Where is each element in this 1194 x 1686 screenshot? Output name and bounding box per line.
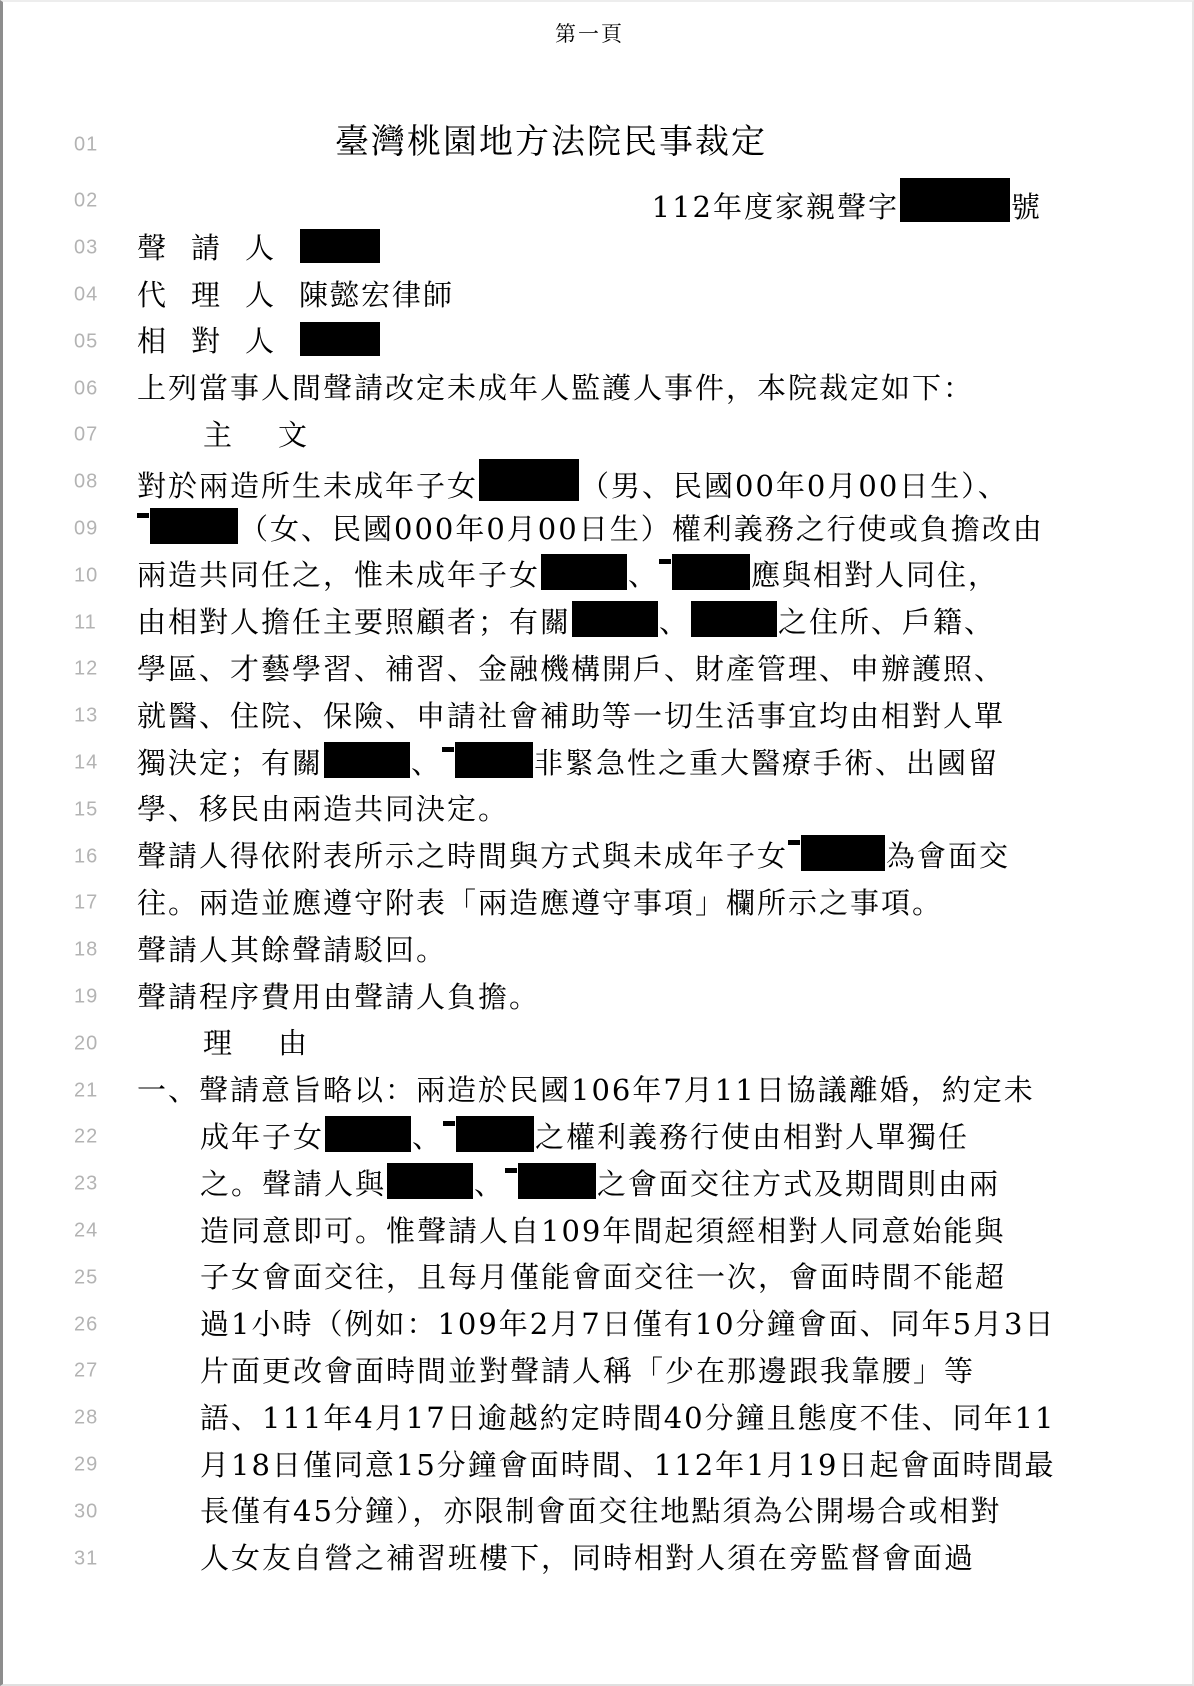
line-number: 11 [74,611,97,634]
line-text: 獨決定；有關 [137,746,323,780]
line-number: 04 [74,283,98,306]
redaction-box [518,1163,596,1199]
line-content: 聲請人 [137,225,1042,272]
line-text: 應與相對人同住， [751,558,999,592]
line-content: 語、111年4月17日逾越約定時間40分鐘且態度不佳、同年11 [137,1395,1042,1442]
redacted-char-fragment [443,1120,455,1150]
document-line: 07主文 [3,412,1192,459]
document-line: 25子女會面交往，且每月僅能會面交往一次，會面時間不能超 [3,1254,1192,1301]
document-line: 05相對人 [3,318,1192,365]
line-text: 之權利義務行使由相對人單獨任 [535,1120,969,1154]
document-line: 10兩造共同任之，惟未成年子女、應與相對人同住， [3,552,1192,599]
line-number: 20 [74,1032,98,1055]
line-content: 就醫、住院、保險、申請社會補助等一切生活事宜均由相對人單 [137,693,1042,740]
line-text: 、 [474,1167,505,1201]
document-line: 09（女、民國000年0月00日生）權利義務之行使或負擔改由 [3,506,1192,553]
redaction-box [150,508,238,544]
document-line: 14獨決定；有關、非緊急性之重大醫療手術、出國留 [3,740,1192,787]
redaction-box [387,1163,473,1199]
document-line: 04代理人陳懿宏律師 [3,272,1192,319]
line-text: 學、移民由兩造共同決定。 [137,792,509,826]
document-line: 11由相對人擔任主要照顧者；有關、之住所、戶籍、 [3,599,1192,646]
redaction-box [572,601,658,637]
line-content: 代理人陳懿宏律師 [137,272,1042,319]
line-content: 臺灣桃園地方法院民事裁定 [137,112,1042,172]
line-text: 過1小時（例如：109年2月7日僅有10分鐘會面、同年5月3日 [200,1307,1056,1341]
line-content: （女、民國000年0月00日生）權利義務之行使或負擔改由 [137,506,1042,553]
document-line: 29月18日僅同意15分鐘會面時間、112年1月19日起會面時間最 [3,1442,1192,1489]
document-body: 01臺灣桃園地方法院民事裁定02112年度家親聲字號03聲請人04代理人陳懿宏律… [3,112,1192,1582]
line-text: 由相對人擔任主要照顧者；有關 [137,605,571,639]
line-number: 30 [74,1500,98,1523]
document-line: 30長僅有45分鐘），亦限制會面交往地點須為公開場合或相對 [3,1488,1192,1535]
document-line: 15學、移民由兩造共同決定。 [3,786,1192,833]
redaction-box [541,554,627,590]
redaction-box [900,178,1010,222]
document-line: 13就醫、住院、保險、申請社會補助等一切生活事宜均由相對人單 [3,693,1192,740]
line-number: 29 [74,1453,98,1476]
line-number: 23 [74,1173,98,1196]
line-number: 13 [74,705,98,728]
party-label: 聲請人 [137,231,299,265]
line-text: 非緊急性之重大醫療手術、出國留 [534,746,999,780]
line-number: 26 [74,1313,98,1336]
party-label: 代理人 [137,278,299,312]
redaction-box [479,459,579,501]
line-number: 16 [74,845,98,868]
line-content: 一、聲請意旨略以：兩造於民國106年7月11日協議離婚，約定未 [137,1067,1042,1114]
redacted-char-fragment [442,746,454,776]
line-text: 聲請程序費用由聲請人負擔。 [137,980,540,1014]
line-number: 27 [74,1360,98,1383]
redaction-box [325,1116,411,1152]
line-text: 理由 [203,1026,353,1060]
court-ruling-page: 01臺灣桃園地方法院民事裁定02112年度家親聲字號03聲請人04代理人陳懿宏律… [0,0,1194,1686]
line-content: 學、移民由兩造共同決定。 [137,786,1042,833]
redacted-char-fragment [659,558,671,588]
line-text: 學區、才藝學習、補習、金融機構開戶、財產管理、申辦護照、 [137,652,1005,686]
line-number: 02 [74,190,98,213]
line-content: 112年度家親聲字號 [137,178,1042,231]
line-text: 就醫、住院、保險、申請社會補助等一切生活事宜均由相對人單 [137,699,1005,733]
line-text: 片面更改會面時間並對聲請人稱「少在那邊跟我靠腰」等 [200,1354,975,1388]
line-number: 15 [74,798,98,821]
line-content: 學區、才藝學習、補習、金融機構開戶、財產管理、申辦護照、 [137,646,1042,693]
line-content: 過1小時（例如：109年2月7日僅有10分鐘會面、同年5月3日 [137,1301,1042,1348]
line-number: 09 [74,517,98,540]
line-number: 31 [74,1547,98,1570]
line-text: 、 [411,746,442,780]
line-content: 子女會面交往，且每月僅能會面交往一次，會面時間不能超 [137,1254,1042,1301]
document-line: 17往。兩造並應遵守附表「兩造應遵守事項」欄所示之事項。 [3,880,1192,927]
redaction-box [300,229,380,263]
document-line: 16聲請人得依附表所示之時間與方式與未成年子女為會面交 [3,833,1192,880]
line-text: （男、民國00年0月00日生）、 [580,469,1009,503]
document-line: 02112年度家親聲字號 [3,178,1192,225]
document-line: 26過1小時（例如：109年2月7日僅有10分鐘會面、同年5月3日 [3,1301,1192,1348]
line-content: 月18日僅同意15分鐘會面時間、112年1月19日起會面時間最 [137,1442,1042,1489]
line-content: 成年子女、之權利義務行使由相對人單獨任 [137,1114,1042,1161]
line-content: 理由 [137,1020,1042,1067]
line-text: 之。聲請人與 [200,1167,386,1201]
line-content: 聲請程序費用由聲請人負擔。 [137,974,1042,1021]
line-content: 對於兩造所生未成年子女（男、民國00年0月00日生）、 [137,459,1042,510]
line-text: 陳懿宏律師 [299,278,454,312]
line-text: 為會面交 [886,839,1010,873]
line-number: 18 [74,939,98,962]
line-number: 21 [74,1079,98,1102]
line-text: 長僅有45分鐘），亦限制會面交往地點須為公開場合或相對 [200,1494,1001,1528]
line-content: 由相對人擔任主要照顧者；有關、之住所、戶籍、 [137,599,1042,646]
redaction-box [324,742,410,778]
line-number: 17 [74,892,98,915]
redacted-char-fragment [137,512,149,542]
redaction-box [801,835,885,871]
line-number: 05 [74,330,98,353]
redaction-box [455,742,533,778]
line-text: 往。兩造並應遵守附表「兩造應遵守事項」欄所示之事項。 [137,886,943,920]
line-content: 長僅有45分鐘），亦限制會面交往地點須為公開場合或相對 [137,1488,1042,1535]
document-line: 20理由 [3,1020,1192,1067]
line-number: 19 [74,985,98,1008]
line-text: 兩造共同任之，惟未成年子女 [137,558,540,592]
line-content: 人女友自營之補習班樓下，同時相對人須在旁監督會面過 [137,1535,1042,1582]
line-text: 語、111年4月17日逾越約定時間40分鐘且態度不佳、同年11 [200,1401,1056,1435]
line-number: 14 [74,751,98,774]
document-line: 21一、聲請意旨略以：兩造於民國106年7月11日協議離婚，約定未 [3,1067,1192,1114]
page-number-footer: 第一頁 [137,18,1042,48]
line-text: 聲請人其餘聲請駁回。 [137,933,447,967]
line-text: 之住所、戶籍、 [778,605,995,639]
redaction-box [456,1116,534,1152]
line-text: 一、聲請意旨略以：兩造於民國106年7月11日協議離婚，約定未 [137,1073,1035,1107]
line-text: 112年度家親聲字 [652,190,899,224]
line-number: 12 [74,658,98,681]
line-number: 03 [74,237,98,260]
line-text: 上列當事人間聲請改定未成年人監護人事件，本院裁定如下： [137,371,974,405]
line-number: 25 [74,1266,98,1289]
line-text: 之會面交往方式及期間則由兩 [597,1167,1000,1201]
line-number: 06 [74,377,98,400]
line-number: 22 [74,1126,98,1149]
line-text: 號 [1011,190,1042,224]
document-line: 03聲請人 [3,225,1192,272]
line-content: 相對人 [137,318,1042,365]
document-line: 06上列當事人間聲請改定未成年人監護人事件，本院裁定如下： [3,365,1192,412]
line-text: 造同意即可。惟聲請人自109年間起須經相對人同意始能與 [200,1214,1005,1248]
line-content: 兩造共同任之，惟未成年子女、應與相對人同住， [137,552,1042,599]
document-line: 08對於兩造所生未成年子女（男、民國00年0月00日生）、 [3,459,1192,506]
line-number: 01 [74,134,98,157]
line-content: 之。聲請人與、之會面交往方式及期間則由兩 [137,1161,1042,1208]
line-number: 10 [74,564,98,587]
line-content: 聲請人得依附表所示之時間與方式與未成年子女為會面交 [137,833,1042,880]
line-text: 臺灣桃園地方法院民事裁定 [335,122,767,162]
line-text: 子女會面交往，且每月僅能會面交往一次，會面時間不能超 [200,1260,1006,1294]
document-line: 31人女友自營之補習班樓下，同時相對人須在旁監督會面過 [3,1535,1192,1582]
line-content: 造同意即可。惟聲請人自109年間起須經相對人同意始能與 [137,1208,1042,1255]
document-line: 18聲請人其餘聲請駁回。 [3,927,1192,974]
redacted-char-fragment [788,839,800,869]
line-number: 08 [74,471,98,494]
document-line: 24造同意即可。惟聲請人自109年間起須經相對人同意始能與 [3,1208,1192,1255]
line-number: 24 [74,1219,98,1242]
document-line: 28語、111年4月17日逾越約定時間40分鐘且態度不佳、同年11 [3,1395,1192,1442]
document-line: 27片面更改會面時間並對聲請人稱「少在那邊跟我靠腰」等 [3,1348,1192,1395]
document-line: 23之。聲請人與、之會面交往方式及期間則由兩 [3,1161,1192,1208]
redaction-box [672,554,750,590]
line-text: 、 [412,1120,443,1154]
line-number: 07 [74,424,98,447]
line-content: 上列當事人間聲請改定未成年人監護人事件，本院裁定如下： [137,365,1042,412]
line-text: 對於兩造所生未成年子女 [137,469,478,503]
line-text: 、 [659,605,690,639]
line-text: 人女友自營之補習班樓下，同時相對人須在旁監督會面過 [200,1541,975,1575]
document-line: 12學區、才藝學習、補習、金融機構開戶、財產管理、申辦護照、 [3,646,1192,693]
document-line: 19聲請程序費用由聲請人負擔。 [3,974,1192,1021]
line-text: 、 [628,558,659,592]
document-line: 01臺灣桃園地方法院民事裁定 [3,112,1192,178]
line-text: 聲請人得依附表所示之時間與方式與未成年子女 [137,839,788,873]
line-text: 月18日僅同意15分鐘會面時間、112年1月19日起會面時間最 [200,1448,1056,1482]
line-content: 主文 [137,412,1042,459]
line-number: 28 [74,1407,98,1430]
redaction-box [300,322,380,356]
party-label: 相對人 [137,324,299,358]
line-content: 片面更改會面時間並對聲請人稱「少在那邊跟我靠腰」等 [137,1348,1042,1395]
redaction-box [691,601,777,637]
line-content: 往。兩造並應遵守附表「兩造應遵守事項」欄所示之事項。 [137,880,1042,927]
line-text: 成年子女 [200,1120,324,1154]
document-line: 22成年子女、之權利義務行使由相對人單獨任 [3,1114,1192,1161]
line-text: （女、民國000年0月00日生）權利義務之行使或負擔改由 [239,512,1044,546]
line-text: 主文 [203,418,353,452]
redacted-char-fragment [505,1167,517,1197]
line-content: 獨決定；有關、非緊急性之重大醫療手術、出國留 [137,740,1042,787]
line-content: 聲請人其餘聲請駁回。 [137,927,1042,974]
